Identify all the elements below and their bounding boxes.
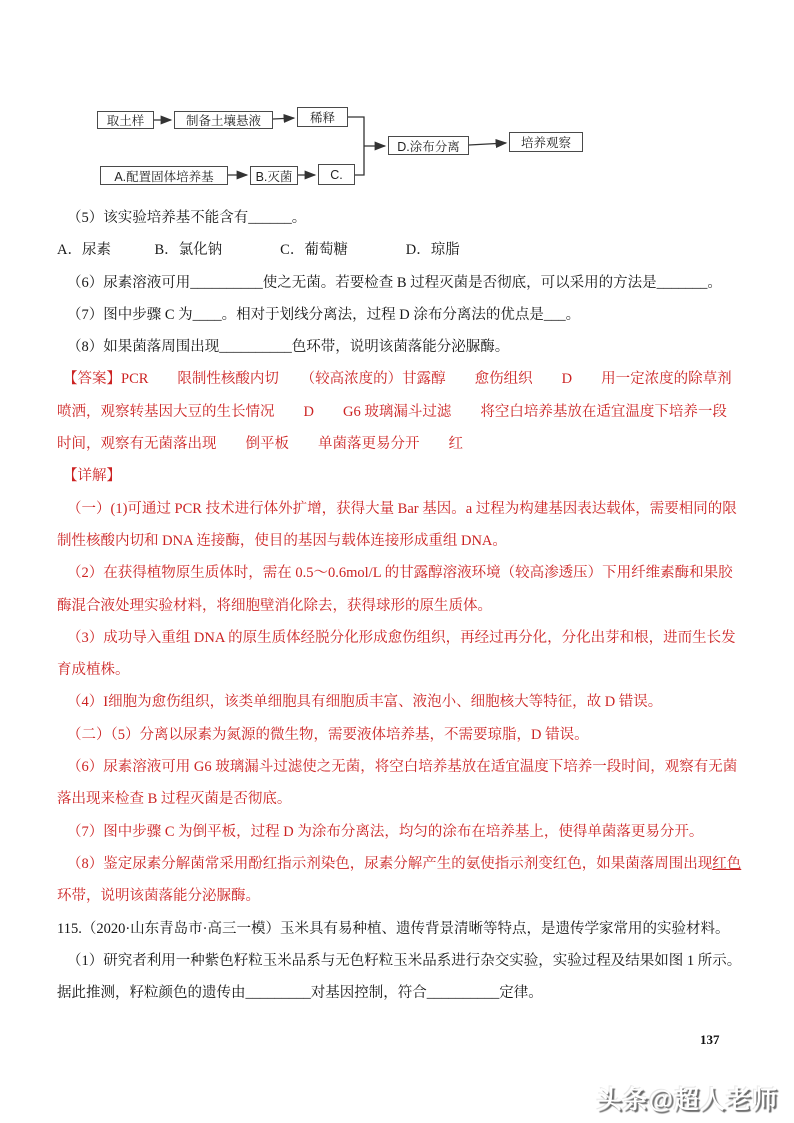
flowchart-box-prepare-suspension: 制备土壤悬液 [174, 111, 273, 129]
text-body: （5）该实验培养基不能含有______。 A．尿素 B．氯化钠 C．葡萄糖 D．… [57, 202, 757, 1009]
flowchart-box-sterilize: B.灭菌 [250, 166, 298, 185]
page-number: 137 [700, 1032, 720, 1048]
detail-line-8-text: （8）鉴定尿素分解菌常采用酚红指示剂染色，尿素分解产生的氨使指示剂变红色，如果菌… [67, 856, 712, 872]
document-page: 取土样 制备土壤悬液 稀释 D.涂布分离 培养观察 A.配置固体培养基 B.灭菌… [0, 0, 794, 1123]
detail-line-8c: 环带，说明该菌落能分泌脲酶。 [57, 880, 757, 912]
detail-label: 【详解】 [57, 460, 757, 492]
detail-line-7: （7）图中步骤 C 为倒平板，过程 D 为涂布分离法，均匀的涂布在培养基上，使得… [57, 816, 757, 848]
detail-line-5: （二）（5）分离以尿素为氮源的微生物，需要液体培养基，不需要琼脂，D 错误。 [57, 719, 757, 751]
question-114-5-options: A．尿素 B．氯化钠 C．葡萄糖 D．琼脂 [57, 234, 757, 266]
question-114-5: （5）该实验培养基不能含有______。 [57, 202, 757, 234]
answer-line-1: 【答案】PCR 限制性核酸内切 （较高浓度的）甘露醇 愈伤组织 D 用一定浓度的… [57, 363, 757, 395]
detail-line-3a: （3）成功导入重组 DNA 的原生质体经脱分化形成愈伤组织，再经过再分化，分化出… [57, 622, 757, 654]
question-114-7: （7）图中步骤 C 为____。相对于划线分离法，过程 D 涂布分离法的优点是_… [57, 299, 757, 331]
answer-line-3: 时间，观察有无菌落出现 倒平板 单菌落更易分开 红 [57, 428, 757, 460]
detail-line-6a: （6）尿素溶液可用 G6 玻璃漏斗过滤使之无菌，将空白培养基放在适宜温度下培养一… [57, 751, 757, 783]
experiment-flowchart: 取土样 制备土壤悬液 稀释 D.涂布分离 培养观察 A.配置固体培养基 B.灭菌… [0, 95, 794, 207]
answer-line-2: 喷洒，观察转基因大豆的生长情况 D G6 玻璃漏斗过滤 将空白培养基放在适宜温度… [57, 396, 757, 428]
question-114-6: （6）尿素溶液可用__________使之无菌。若要检查 B 过程灭菌是否彻底，… [57, 267, 757, 299]
question-115-1b: 据此推测，籽粒颜色的遗传由_________对基因控制，符合__________… [57, 977, 757, 1009]
flowchart-box-dilute: 稀释 [297, 107, 348, 127]
detail-line-2a: （2）在获得植物原生质体时，需在 0.5～0.6mol/L 的甘露醇溶液环境（较… [57, 557, 757, 589]
watermark: 头条@超人老师 [597, 1080, 778, 1116]
detail-line-1a: （一）(1)可通过 PCR 技术进行体外扩增，获得大量 Bar 基因。a 过程为… [57, 493, 757, 525]
question-114-8: （8）如果菌落周围出现__________色环带，说明该菌落能分泌脲酶。 [57, 331, 757, 363]
detail-line-2b: 酶混合液处理实验材料，将细胞壁消化除去，获得球形的原生质体。 [57, 590, 757, 622]
detail-line-8-underlined: 红色 [712, 856, 741, 872]
detail-line-3b: 育成植株。 [57, 654, 757, 686]
flowchart-box-take-sample: 取土样 [97, 111, 154, 129]
detail-line-1b: 制性核酸内切和 DNA 连接酶，使目的基因与载体连接形成重组 DNA。 [57, 525, 757, 557]
flowchart-box-step-c: C. [318, 164, 355, 185]
detail-line-4: （4）I细胞为愈伤组织，该类单细胞具有细胞质丰富、液泡小、细胞核大等特征，故 D… [57, 686, 757, 718]
detail-line-6b: 落出现来检查 B 过程灭菌是否彻底。 [57, 783, 757, 815]
detail-line-8a: （8）鉴定尿素分解菌常采用酚红指示剂染色，尿素分解产生的氨使指示剂变红色，如果菌… [57, 848, 757, 880]
flowchart-box-culture-observe: 培养观察 [509, 132, 583, 152]
flowchart-box-spread-separate: D.涂布分离 [388, 136, 469, 155]
question-115-stem: 115.（2020·山东青岛市·高三一模）玉米具有易种植、遗传背景清晰等特点，是… [57, 913, 757, 945]
flowchart-box-prepare-medium: A.配置固体培养基 [100, 166, 228, 185]
question-115-1a: （1）研究者利用一种紫色籽粒玉米品系与无色籽粒玉米品系进行杂交实验，实验过程及结… [57, 945, 757, 977]
